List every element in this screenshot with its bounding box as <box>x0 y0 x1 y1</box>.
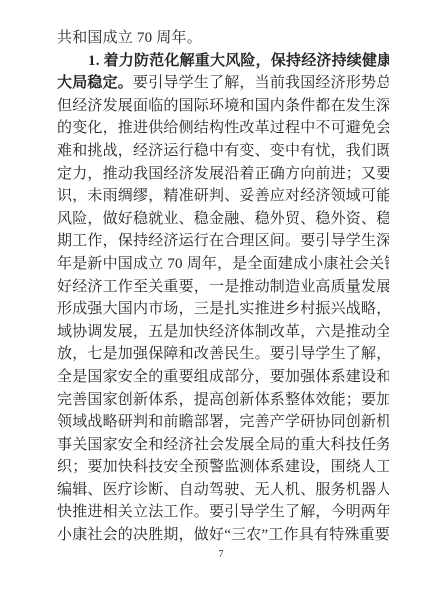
text-line: 1. 着力防范化解重大风险，保持经济持续健康发展和社会 <box>57 50 389 73</box>
text-line: 事关国家安全和经济社会发展全局的重大科技任务的统筹组 <box>57 434 389 457</box>
text-line: 但经济发展面临的国际环境和国内条件都在发生深刻而复杂 <box>57 95 389 118</box>
text-line: 期工作，保持经济运行在合理区间。要引导学生深刻认识，2019 <box>57 230 389 253</box>
text-segment: 小康社会的决胜期，做好“三农”工作具有特殊重要性，要以 <box>57 527 389 543</box>
text-line: 识，未雨绸缪，精准研判、妥善应对经济领域可能出现的重大 <box>57 185 389 208</box>
body-text: 共和国成立 70 周年。1. 着力防范化解重大风险，保持经济持续健康发展和社会大… <box>57 27 389 547</box>
text-segment: 形成强大国内市场，三是扎实推进乡村振兴战略，四是促进区 <box>57 301 389 317</box>
text-line: 年是新中国成立 70 周年，是全面建成小康社会关键之年，做 <box>57 253 389 276</box>
text-segment: 编辑、医疗诊断、自动驾驶、无人机、服务机器人等领域，加 <box>57 482 389 498</box>
text-line: 好经济工作至关重要，一是推动制造业高质量发展，二是促进 <box>57 276 389 299</box>
text-segment: 事关国家安全和经济社会发展全局的重大科技任务的统筹组 <box>57 437 389 453</box>
text-segment: 快推进相关立法工作。要引导学生了解，今明两年是全面建成 <box>57 504 389 520</box>
text-line: 快推进相关立法工作。要引导学生了解，今明两年是全面建成 <box>57 501 389 524</box>
text-line: 形成强大国内市场，三是扎实推进乡村振兴战略，四是促进区 <box>57 298 389 321</box>
text-line: 领域战略研判和前瞻部署，完善产学研协同创新机制；要强化 <box>57 411 389 434</box>
text-line: 织；要加快科技安全预警监测体系建设，围绕人工智能、基因 <box>57 456 389 479</box>
text-line: 放，七是加强保障和改善民生。要引导学生了解，科技领域安 <box>57 343 389 366</box>
text-line: 风险，做好稳就业、稳金融、稳外贸、稳外资、稳投资、稳预 <box>57 208 389 231</box>
document-page: 共和国成立 70 周年。1. 着力防范化解重大风险，保持经济持续健康发展和社会大… <box>0 0 442 593</box>
text-line: 完善国家创新体系，提高创新体系整体效能；要加强重大创新 <box>57 389 389 412</box>
text-segment: 好经济工作至关重要，一是推动制造业高质量发展，二是促进 <box>57 279 389 295</box>
text-line: 的变化，推进供给侧结构性改革过程中不可避免会遇到一些困 <box>57 117 389 140</box>
text-segment: 但经济发展面临的国际环境和国内条件都在发生深刻而复杂 <box>57 98 389 114</box>
page-number: 7 <box>0 548 442 562</box>
text-line: 小康社会的决胜期，做好“三农”工作具有特殊重要性，要以 <box>57 524 389 547</box>
text-segment: 完善国家创新体系，提高创新体系整体效能；要加强重大创新 <box>57 392 389 408</box>
text-segment: 全是国家安全的重要组成部分，要加强体系建设和能力建设， <box>57 369 389 385</box>
text-segment: 要引导学生了解，当前我国经济形势总体是好的， <box>133 75 389 91</box>
text-segment: 识，未雨绸缪，精准研判、妥善应对经济领域可能出现的重大 <box>57 188 389 204</box>
text-segment: 域协调发展，五是加快经济体制改革，六是推动全方位对外开 <box>57 324 389 340</box>
text-segment: 定力，推动我国经济发展沿着正确方向前进；又要增强忧患意 <box>57 166 389 182</box>
text-segment: 织；要加快科技安全预警监测体系建设，围绕人工智能、基因 <box>57 459 389 475</box>
text-line: 全是国家安全的重要组成部分，要加强体系建设和能力建设， <box>57 366 389 389</box>
text-segment: 领域战略研判和前瞻部署，完善产学研协同创新机制；要强化 <box>57 414 389 430</box>
text-segment: 期工作，保持经济运行在合理区间。要引导学生深刻认识，2019 <box>57 233 389 249</box>
bold-heading-segment: 大局稳定。 <box>57 75 133 91</box>
text-line: 域协调发展，五是加快经济体制改革，六是推动全方位对外开 <box>57 321 389 344</box>
text-segment: 年是新中国成立 70 周年，是全面建成小康社会关键之年，做 <box>57 256 389 272</box>
text-line: 编辑、医疗诊断、自动驾驶、无人机、服务机器人等领域，加 <box>57 479 389 502</box>
text-segment: 风险，做好稳就业、稳金融、稳外贸、稳外资、稳投资、稳预 <box>57 211 389 227</box>
text-line: 定力，推动我国经济发展沿着正确方向前进；又要增强忧患意 <box>57 163 389 186</box>
text-line: 共和国成立 70 周年。 <box>57 27 389 50</box>
text-segment: 放，七是加强保障和改善民生。要引导学生了解，科技领域安 <box>57 346 389 362</box>
text-line: 难和挑战，经济运行稳中有变、变中有忧，我们既要保持战略 <box>57 140 389 163</box>
text-segment: 共和国成立 70 周年。 <box>57 30 202 46</box>
text-segment: 难和挑战，经济运行稳中有变、变中有忧，我们既要保持战略 <box>57 143 389 159</box>
text-segment: 的变化，推进供给侧结构性改革过程中不可避免会遇到一些困 <box>57 120 389 136</box>
text-line: 大局稳定。要引导学生了解，当前我国经济形势总体是好的， <box>57 72 389 95</box>
bold-heading-segment: 1. 着力防范化解重大风险，保持经济持续健康发展和社会 <box>88 53 389 69</box>
